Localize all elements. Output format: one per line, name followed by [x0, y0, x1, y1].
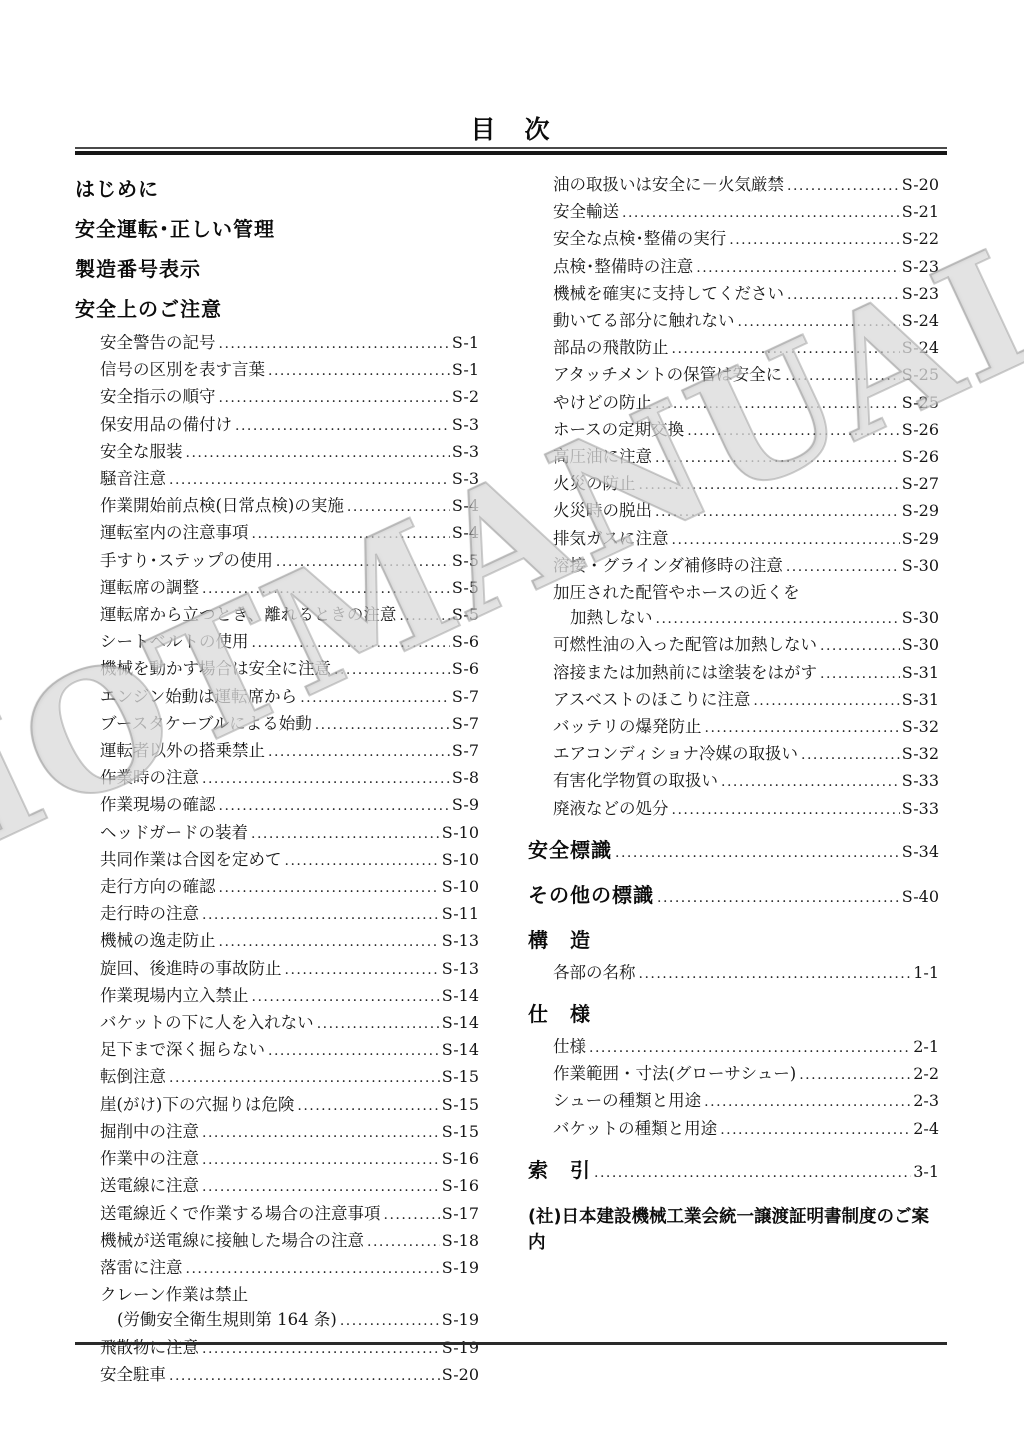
entry-label: 作業中の注意 [100, 1146, 199, 1171]
dot-leader [799, 1063, 911, 1088]
toc-entry: クレーン作業は禁止 [75, 1282, 479, 1307]
page-number: S-2 [452, 384, 479, 409]
entry-label: 機械の逸走防止 [100, 928, 216, 953]
toc-entry: 作業中の注意S-16 [75, 1146, 479, 1173]
dot-leader [186, 441, 450, 466]
entry-label: 有害化学物質の取扱い [553, 768, 718, 793]
page-number: S-23 [902, 254, 939, 279]
page-number: S-18 [442, 1228, 479, 1253]
toc-entry: 作業現場の確認S-9 [75, 792, 479, 819]
entry-label: 仕様 [553, 1034, 586, 1059]
toc-heading: 安全運転･正しい管理 [75, 210, 479, 248]
entry-label: 共同作業は合図を定めて [100, 847, 282, 872]
dot-leader [639, 962, 912, 987]
toc-entry: 落雷に注意S-19 [75, 1255, 479, 1282]
page-number: S-10 [442, 847, 479, 872]
toc-heading: 索 引3-1 [528, 1155, 939, 1188]
dot-leader [300, 686, 450, 711]
title-rule-thick [75, 151, 947, 155]
toc-entry: 仕様2-1 [528, 1034, 939, 1061]
dot-leader [785, 364, 900, 389]
toc-entry: 火災時の脱出S-29 [528, 498, 939, 525]
dot-leader [169, 1066, 440, 1091]
page-number: S-21 [902, 199, 939, 224]
toc-entry: 機械の逸走防止S-13 [75, 928, 479, 955]
entry-label: 運転席の調整 [100, 575, 199, 600]
toc-entry: 安全駐車S-20 [75, 1362, 479, 1389]
dot-leader [315, 713, 450, 738]
entry-label: 油の取扱いは安全に－火気厳禁 [553, 172, 784, 197]
entry-label: 火災の防止 [553, 471, 636, 496]
dot-leader [801, 743, 900, 768]
toc-entry: 安全指示の順守S-2 [75, 384, 479, 411]
page-number: S-19 [442, 1255, 479, 1280]
entry-label: 転倒注意 [100, 1064, 166, 1089]
entry-label: 火災時の脱出 [553, 498, 652, 523]
entry-label: 安全警告の記号 [100, 330, 216, 355]
page-number: S-1 [452, 330, 479, 355]
toc-entry: 廃液などの処分S-33 [528, 796, 939, 823]
toc-entry: ヘッドガードの装着S-10 [75, 820, 479, 847]
entry-label: バケットの下に人を入れない [100, 1010, 314, 1035]
scanned-manual-toc-page: 目 次 はじめに安全運転･正しい管理製造番号表示安全上のご注意安全警告の記号S-… [0, 0, 1024, 1447]
page-number: S-14 [442, 983, 479, 1008]
page-number: 2-4 [913, 1116, 939, 1141]
dot-leader [820, 634, 900, 659]
entry-label: 可燃性油の入った配管は加熱しない [553, 632, 817, 657]
page-number: S-24 [902, 335, 939, 360]
page-number: S-19 [442, 1307, 479, 1332]
entry-label: はじめに [75, 170, 159, 208]
toc-heading: 製造番号表示 [75, 250, 479, 288]
dot-leader [787, 283, 900, 308]
dot-leader [672, 798, 900, 823]
dot-leader [202, 903, 440, 928]
dot-leader [696, 256, 899, 281]
toc-entry: 可燃性油の入った配管は加熱しないS-30 [528, 632, 939, 659]
toc-heading: 構 造 [528, 925, 939, 955]
page-number: S-5 [452, 575, 479, 600]
toc-entry: 共同作業は合図を定めてS-10 [75, 847, 479, 874]
page-number: S-26 [902, 417, 939, 442]
dot-leader [672, 337, 900, 362]
entry-label: 走行方向の確認 [100, 874, 216, 899]
entry-label: (労働安全衛生規則第 164 条) [117, 1307, 337, 1332]
entry-label: 安全標識 [528, 835, 612, 865]
page-number: S-7 [452, 684, 479, 709]
toc-entry: 火災の防止S-27 [528, 471, 939, 498]
page-number: S-6 [452, 656, 479, 681]
page-number: S-27 [902, 471, 939, 496]
dot-leader [705, 716, 900, 741]
toc-entry: 加圧された配管やホースの近くを [528, 580, 939, 605]
entry-label: 溶接・グラインダ補修時の注意 [553, 553, 783, 578]
entry-label: 作業時の注意 [100, 765, 199, 790]
entry-label: 安全指示の順守 [100, 384, 216, 409]
dot-leader [615, 838, 900, 868]
page-number: S-29 [902, 498, 939, 523]
toc-entry: (社)日本建設機械工業会統一譲渡証明書制度のご案内 [528, 1204, 939, 1256]
toc-entry: 転倒注意S-15 [75, 1064, 479, 1091]
toc-entry: 安全輸送S-21 [528, 199, 939, 226]
toc-entry: 溶接または加熱前には塗装をはがすS-31 [528, 660, 939, 687]
dot-leader [317, 1012, 440, 1037]
page-number: S-7 [452, 711, 479, 736]
page-number: S-31 [902, 687, 939, 712]
dot-leader [347, 495, 450, 520]
toc-heading: その他の標識S-40 [528, 880, 939, 913]
entry-label: (社)日本建設機械工業会統一譲渡証明書制度のご案内 [528, 1204, 939, 1256]
dot-leader [252, 631, 450, 656]
dot-leader [672, 528, 900, 553]
page-number: S-5 [452, 548, 479, 573]
page-number: S-16 [442, 1173, 479, 1198]
entry-label: 騒音注意 [100, 466, 166, 491]
toc-entry: 作業範囲・寸法(グローサシュー)2-2 [528, 1061, 939, 1088]
page-number: S-25 [902, 362, 939, 387]
entry-label: 構 造 [528, 925, 591, 955]
entry-label: 安全な服装 [100, 439, 183, 464]
page-number: 3-1 [913, 1157, 939, 1187]
toc-entry: 油の取扱いは安全に－火気厳禁S-20 [528, 172, 939, 199]
page-number: S-20 [902, 172, 939, 197]
toc-entry: 機械を動かす場合は安全に注意S-6 [75, 656, 479, 683]
page-number: S-33 [902, 796, 939, 821]
entry-label: アスベストのほこりに注意 [553, 687, 750, 712]
dot-leader [594, 1158, 911, 1188]
toc-entry: 各部の名称1-1 [528, 960, 939, 987]
page-number: S-30 [902, 605, 939, 630]
entry-label: 作業現場の確認 [100, 792, 216, 817]
entry-label: 安全上のご注意 [75, 290, 222, 328]
page-number: S-25 [902, 390, 939, 415]
toc-entry: 安全警告の記号S-1 [75, 330, 479, 357]
toc-entry: 送電線近くで作業する場合の注意事項S-17 [75, 1201, 479, 1228]
page-number: 2-1 [913, 1034, 939, 1059]
toc-entry: 有害化学物質の取扱いS-33 [528, 768, 939, 795]
toc-entry: 動いてる部分に触れないS-24 [528, 308, 939, 335]
toc-heading: 仕 様 [528, 999, 939, 1029]
dot-leader [297, 1094, 439, 1119]
entry-label: 落雷に注意 [100, 1255, 183, 1280]
entry-label: クレーン作業は禁止 [100, 1282, 248, 1307]
toc-entry: (労働安全衛生規則第 164 条)S-19 [75, 1307, 479, 1334]
entry-label: 点検･整備時の注意 [553, 254, 693, 279]
toc-entry: アスベストのほこりに注意S-31 [528, 687, 939, 714]
dot-leader [202, 1121, 440, 1146]
entry-label: 作業現場内立入禁止 [100, 983, 249, 1008]
dot-leader [655, 392, 900, 417]
toc-entry: 運転席の調整S-5 [75, 575, 479, 602]
entry-label: 安全駐車 [100, 1362, 166, 1387]
dot-leader [169, 1364, 440, 1389]
page-number: S-17 [442, 1201, 479, 1226]
page-number: S-6 [452, 629, 479, 654]
dot-leader [657, 883, 900, 913]
dot-leader [235, 414, 450, 439]
entry-label: 製造番号表示 [75, 250, 201, 288]
page-number: S-31 [902, 660, 939, 685]
page-number: S-20 [442, 1362, 479, 1387]
page-number: S-33 [902, 768, 939, 793]
toc-entry: 作業時の注意S-8 [75, 765, 479, 792]
entry-label: 仕 様 [528, 999, 591, 1029]
toc-entry: 点検･整備時の注意S-23 [528, 254, 939, 281]
dot-leader [202, 1175, 440, 1200]
dot-leader [202, 767, 450, 792]
dot-leader [186, 1257, 440, 1282]
page-number: S-23 [902, 281, 939, 306]
entry-label: アタッチメントの保管は安全に [553, 362, 782, 387]
entry-label: 旋回、後進時の事故防止 [100, 956, 282, 981]
page-number: S-3 [452, 439, 479, 464]
toc-entry: バケットの下に人を入れないS-14 [75, 1010, 479, 1037]
entry-label: やけどの防止 [553, 390, 652, 415]
entry-label: 作業範囲・寸法(グローサシュー) [553, 1061, 796, 1086]
dot-leader [738, 310, 900, 335]
toc-column-right: 油の取扱いは安全に－火気厳禁S-20安全輸送S-21安全な点検･整備の実行S-2… [528, 170, 939, 1256]
toc-entry: 排気ガスに注意S-29 [528, 526, 939, 553]
footer-rule [75, 1342, 947, 1345]
entry-label: バケットの種類と用途 [553, 1116, 717, 1141]
page-number: S-14 [442, 1037, 479, 1062]
page-number: S-30 [902, 632, 939, 657]
toc-entry: ホースの定期交換S-26 [528, 417, 939, 444]
entry-label: 運転者以外の搭乗禁止 [100, 738, 265, 763]
entry-label: 保安用品の備付け [100, 412, 232, 437]
page-number: S-15 [442, 1064, 479, 1089]
entry-label: 排気ガスに注意 [553, 526, 669, 551]
dot-leader [787, 174, 900, 199]
entry-label: 機械を確実に支持してください [553, 281, 784, 306]
dot-leader [285, 958, 440, 983]
entry-label: 索 引 [528, 1155, 591, 1185]
page-number: 2-3 [913, 1088, 939, 1113]
dot-leader [219, 930, 440, 955]
dot-leader [655, 500, 900, 525]
dot-leader [285, 849, 440, 874]
dot-leader [753, 689, 899, 714]
entry-label: 機械が送電線に接触した場合の注意 [100, 1228, 364, 1253]
page-number: S-15 [442, 1092, 479, 1117]
page-number: S-7 [452, 738, 479, 763]
dot-leader [202, 1148, 440, 1173]
page-number: S-3 [452, 412, 479, 437]
page-number: S-4 [452, 493, 479, 518]
entry-label: 足下まで深く掘らない [100, 1037, 265, 1062]
page-number: S-16 [442, 1146, 479, 1171]
page-number: S-5 [452, 602, 479, 627]
entry-label: 安全輸送 [553, 199, 619, 224]
dot-leader [268, 359, 450, 384]
toc-entry: 高圧油に注意S-26 [528, 444, 939, 471]
toc-heading: はじめに [75, 170, 479, 208]
toc-entry: 騒音注意S-3 [75, 466, 479, 493]
dot-leader [687, 419, 900, 444]
dot-leader [655, 446, 900, 471]
toc-entry: 作業現場内立入禁止S-14 [75, 983, 479, 1010]
toc-entry: 加熱しないS-30 [528, 605, 939, 632]
dot-leader [251, 822, 440, 847]
toc-entry: 旋回、後進時の事故防止S-13 [75, 956, 479, 983]
dot-leader [219, 876, 440, 901]
dot-leader [268, 1039, 440, 1064]
toc-entry: アタッチメントの保管は安全にS-25 [528, 362, 939, 389]
toc-entry: 送電線に注意S-16 [75, 1173, 479, 1200]
entry-label: 高圧油に注意 [553, 444, 652, 469]
entry-label: その他の標識 [528, 880, 654, 910]
entry-label: 加熱しない [570, 605, 653, 630]
dot-leader [276, 550, 450, 575]
toc-heading: 安全上のご注意 [75, 290, 479, 328]
page-number: 1-1 [913, 960, 939, 985]
page-number: S-9 [452, 792, 479, 817]
page-number: S-32 [902, 741, 939, 766]
entry-label: 掘削中の注意 [100, 1119, 199, 1144]
dot-leader [169, 468, 450, 493]
entry-label: 運転席から立つとき、離れるときの注意 [100, 602, 396, 627]
toc-entry: 飛散物に注意S-19 [75, 1335, 479, 1362]
entry-label: 安全運転･正しい管理 [75, 210, 275, 248]
entry-label: ブースタケーブルによる始動 [100, 711, 312, 736]
entry-label: 溶接または加熱前には塗装をはがす [553, 660, 817, 685]
toc-entry: 運転室内の注意事項S-4 [75, 520, 479, 547]
dot-leader [334, 658, 450, 683]
dot-leader [704, 1090, 911, 1115]
dot-leader [786, 555, 900, 580]
page-number: S-8 [452, 765, 479, 790]
page-number: S-14 [442, 1010, 479, 1035]
page-number: S-40 [902, 882, 939, 912]
dot-leader [219, 332, 450, 357]
entry-label: 送電線に注意 [100, 1173, 199, 1198]
toc-heading: 安全標識S-34 [528, 835, 939, 868]
entry-label: バッテリの爆発防止 [553, 714, 702, 739]
page-number: S-26 [902, 444, 939, 469]
toc-entry: 走行時の注意S-11 [75, 901, 479, 928]
toc-entry: 安全な点検･整備の実行S-22 [528, 226, 939, 253]
toc-entry: ブースタケーブルによる始動S-7 [75, 711, 479, 738]
page-number: S-3 [452, 466, 479, 491]
page-number: S-24 [902, 308, 939, 333]
entry-label: 信号の区別を表す言葉 [100, 357, 265, 382]
entry-label: 廃液などの処分 [553, 796, 669, 821]
toc-entry: バケットの種類と用途2-4 [528, 1116, 939, 1143]
page-number: S-10 [442, 874, 479, 899]
toc-entry: エンジン始動は運転席からS-7 [75, 684, 479, 711]
dot-leader [268, 740, 450, 765]
dot-leader [367, 1230, 440, 1255]
toc-entry: 部品の飛散防止S-24 [528, 335, 939, 362]
page-number: S-29 [902, 526, 939, 551]
entry-label: シューの種類と用途 [553, 1088, 701, 1113]
page-number: S-13 [442, 956, 479, 981]
toc-entry: 走行方向の確認S-10 [75, 874, 479, 901]
dot-leader [720, 1118, 911, 1143]
dot-leader [252, 522, 450, 547]
page-number: 2-2 [913, 1061, 939, 1086]
dot-leader [202, 1337, 440, 1362]
toc-entry: 手すり･ステップの使用S-5 [75, 548, 479, 575]
entry-label: シートベルトの使用 [100, 629, 249, 654]
entry-label: 各部の名称 [553, 960, 636, 985]
entry-label: 安全な点検･整備の実行 [553, 226, 726, 251]
dot-leader [639, 473, 900, 498]
toc-entry: 溶接・グラインダ補修時の注意S-30 [528, 553, 939, 580]
entry-label: 手すり･ステップの使用 [100, 548, 273, 573]
dot-leader [589, 1036, 911, 1061]
toc-entry: 作業開始前点検(日常点検)の実施S-4 [75, 493, 479, 520]
toc-entry: 機械を確実に支持してくださいS-23 [528, 281, 939, 308]
toc-entry: 足下まで深く掘らないS-14 [75, 1037, 479, 1064]
entry-label: エンジン始動は運転席から [100, 684, 297, 709]
entry-label: 部品の飛散防止 [553, 335, 669, 360]
toc-entry: 機械が送電線に接触した場合の注意S-18 [75, 1228, 479, 1255]
page-number: S-30 [902, 553, 939, 578]
entry-label: 運転室内の注意事項 [100, 520, 249, 545]
page-number: S-11 [442, 901, 479, 926]
dot-leader [219, 794, 450, 819]
toc-entry: 保安用品の備付けS-3 [75, 412, 479, 439]
toc-entry: 運転席から立つとき、離れるときの注意S-5 [75, 602, 479, 629]
dot-leader [656, 607, 900, 632]
page-number: S-22 [902, 226, 939, 251]
dot-leader [340, 1309, 440, 1334]
entry-label: 機械を動かす場合は安全に注意 [100, 656, 331, 681]
entry-label: 走行時の注意 [100, 901, 199, 926]
page-number: S-19 [442, 1335, 479, 1360]
dot-leader [219, 386, 450, 411]
entry-label: 送電線近くで作業する場合の注意事項 [100, 1201, 381, 1226]
toc-entry: 安全な服装S-3 [75, 439, 479, 466]
toc-entry: 運転者以外の搭乗禁止S-7 [75, 738, 479, 765]
dot-leader [202, 577, 450, 602]
entry-label: ヘッドガードの装着 [100, 820, 248, 845]
toc-entry: シューの種類と用途2-3 [528, 1088, 939, 1115]
entry-label: 作業開始前点検(日常点検)の実施 [100, 493, 344, 518]
dot-leader [384, 1203, 440, 1228]
toc-entry: やけどの防止S-25 [528, 390, 939, 417]
entry-label: ホースの定期交換 [553, 417, 684, 442]
page-number: S-34 [902, 837, 939, 867]
dot-leader [721, 770, 900, 795]
toc-column-left: はじめに安全運転･正しい管理製造番号表示安全上のご注意安全警告の記号S-1信号の… [75, 170, 479, 1389]
page-number: S-1 [452, 357, 479, 382]
page-number: S-15 [442, 1119, 479, 1144]
toc-entry: シートベルトの使用S-6 [75, 629, 479, 656]
toc-entry: エアコンディショナ冷媒の取扱いS-32 [528, 741, 939, 768]
page-number: S-32 [902, 714, 939, 739]
title-rule-thin [75, 147, 947, 149]
toc-entry: 掘削中の注意S-15 [75, 1119, 479, 1146]
dot-leader [820, 662, 900, 687]
page-title: 目 次 [76, 110, 946, 146]
dot-leader [252, 985, 440, 1010]
toc-entry: バッテリの爆発防止S-32 [528, 714, 939, 741]
entry-label: 飛散物に注意 [100, 1335, 199, 1360]
toc-entry: 信号の区別を表す言葉S-1 [75, 357, 479, 384]
page-number: S-10 [442, 820, 479, 845]
entry-label: エアコンディショナ冷媒の取扱い [553, 741, 798, 766]
toc-entry: 崖(がけ)下の穴掘りは危険S-15 [75, 1092, 479, 1119]
page-number: S-13 [442, 928, 479, 953]
dot-leader [399, 604, 450, 629]
dot-leader [622, 201, 900, 226]
entry-label: 崖(がけ)下の穴掘りは危険 [100, 1092, 294, 1117]
entry-label: 動いてる部分に触れない [553, 308, 735, 333]
page-number: S-4 [452, 520, 479, 545]
entry-label: 加圧された配管やホースの近くを [553, 580, 800, 605]
